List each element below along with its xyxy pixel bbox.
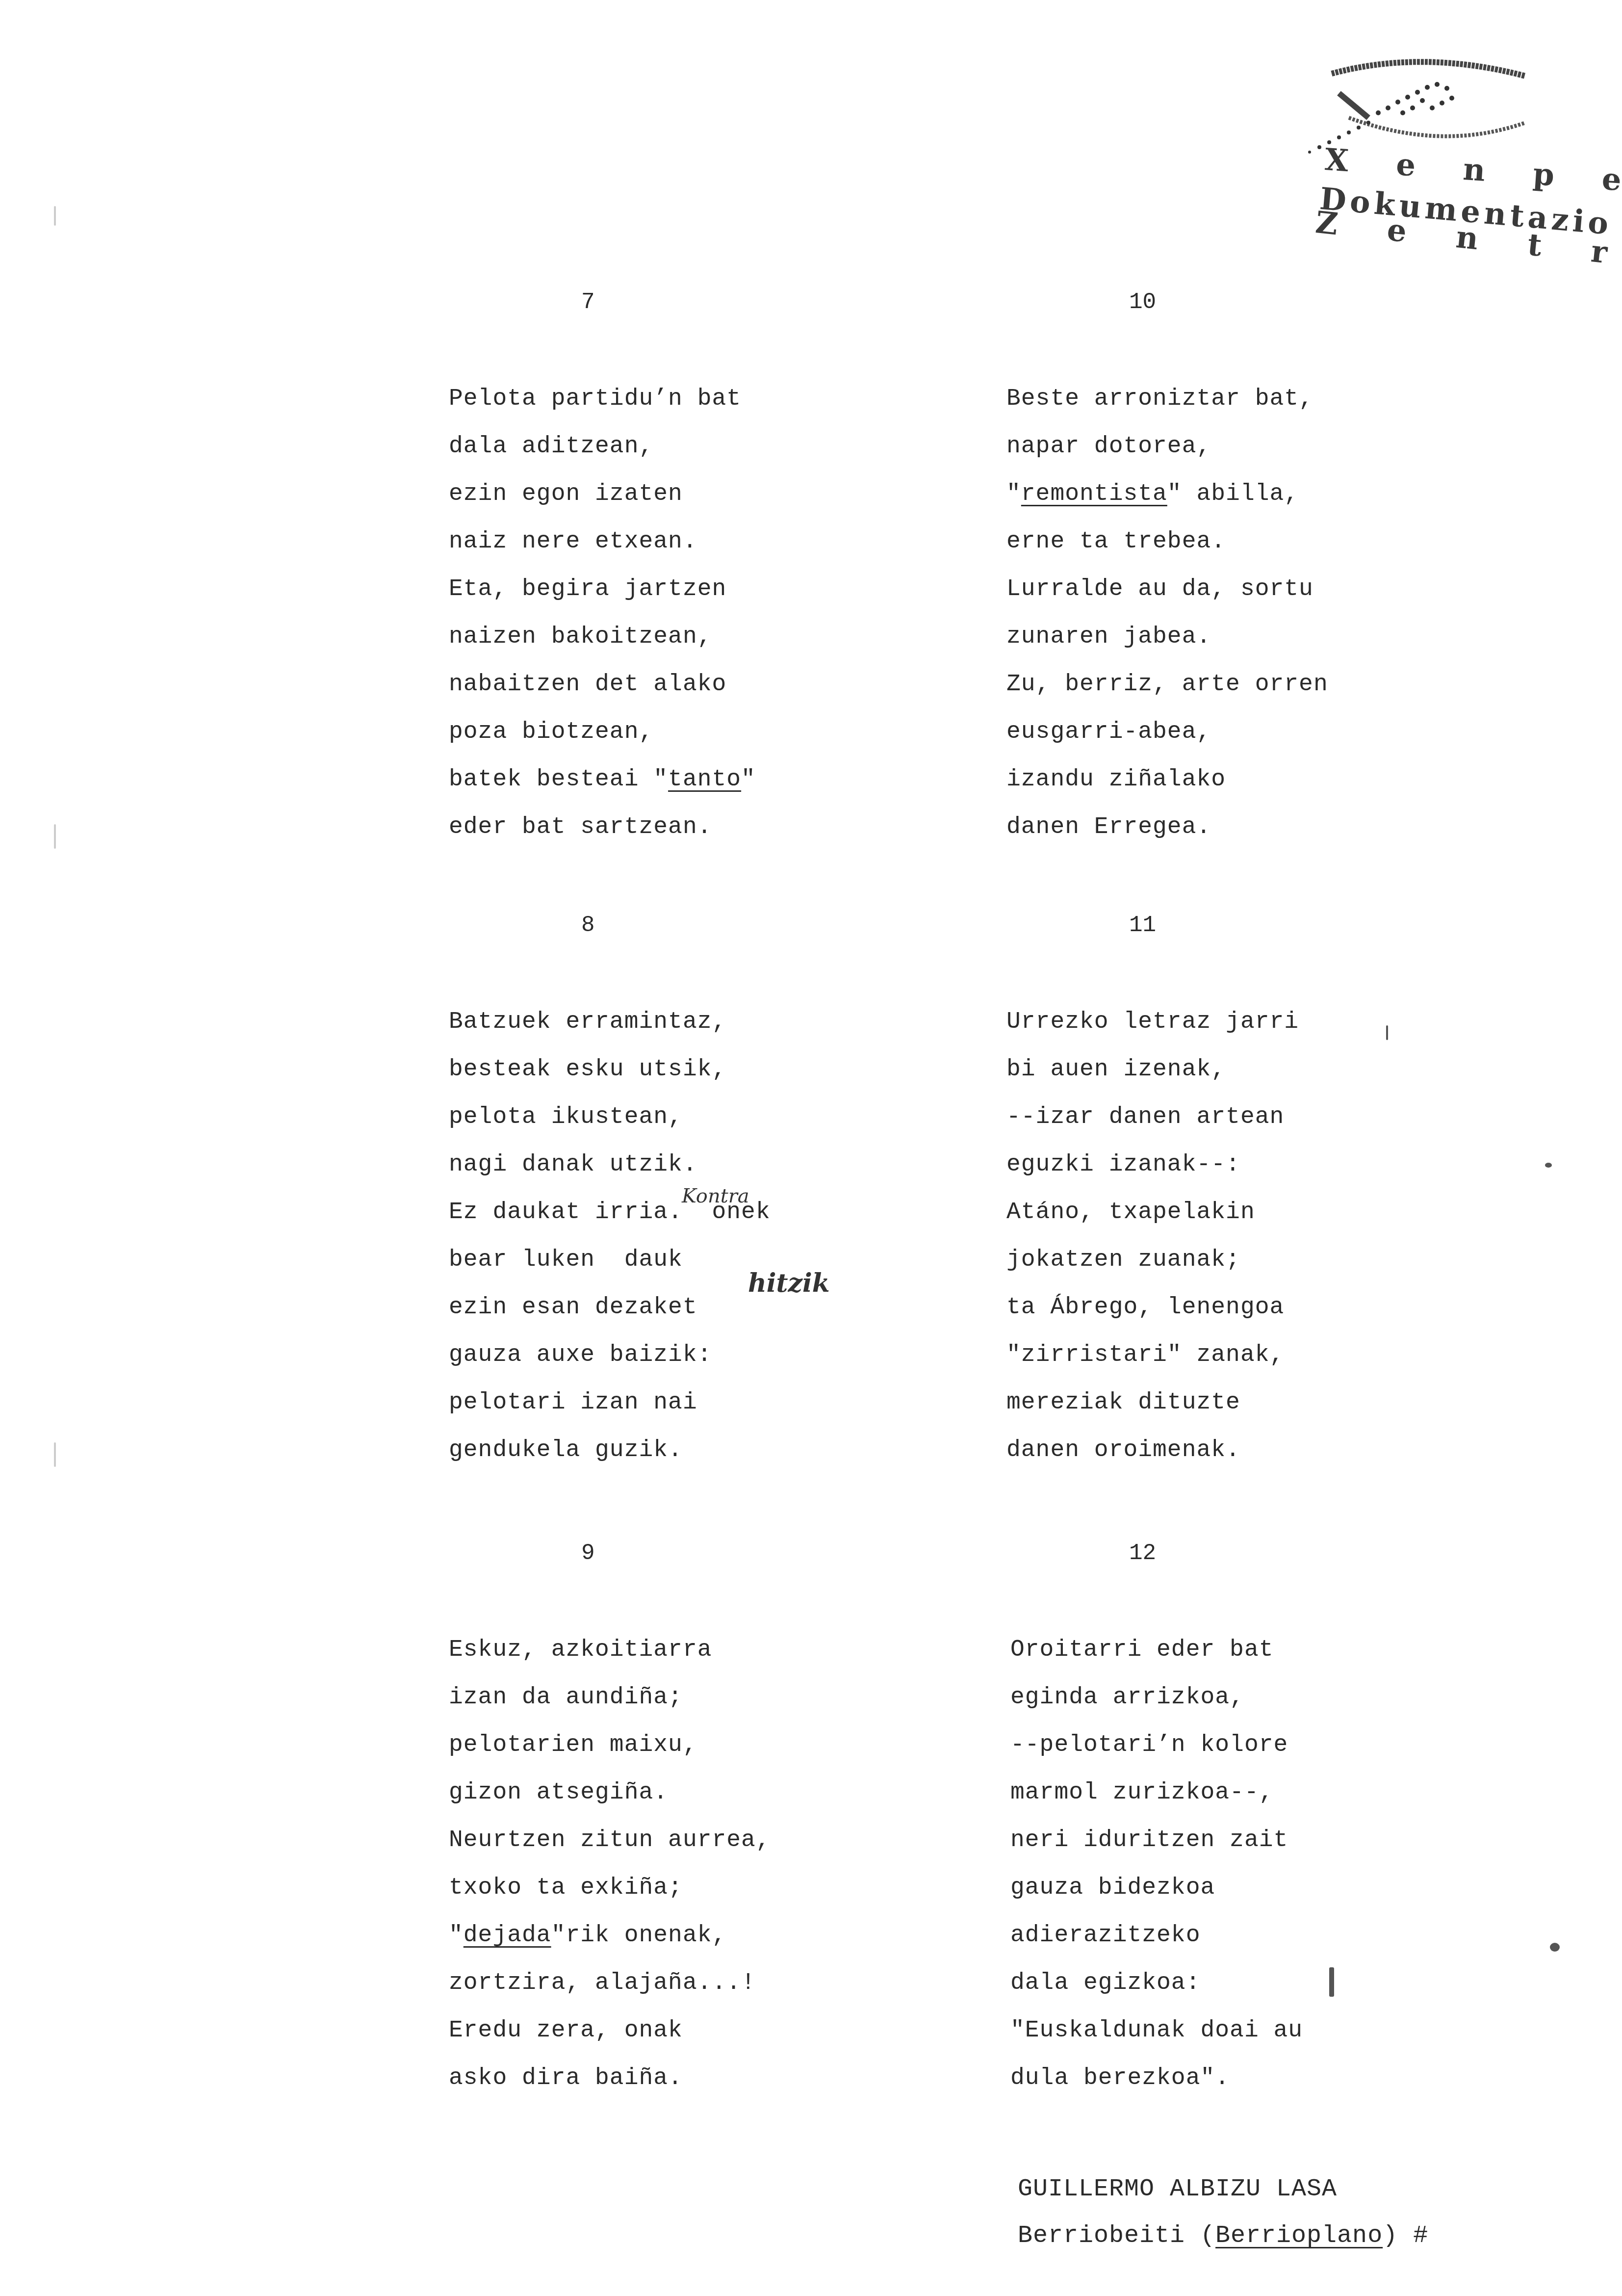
underlined-term: tanto — [668, 766, 741, 793]
archive-stamp: X e n p e l a r Dokumentazio Z e n t r o… — [1295, 39, 1579, 280]
stanza-lines: Beste arroniztar bat, napar dotorea, "re… — [1006, 375, 1328, 851]
verse-line: ezin esan dezaket — [449, 1284, 771, 1331]
verse-line: pelotarien maixu, — [449, 1722, 771, 1769]
verse-line: gauza auxe baizik: — [449, 1331, 771, 1379]
underlined-term: remontista — [1021, 481, 1167, 507]
verse-line: Lurralde au da, sortu — [1006, 566, 1328, 613]
verse-line: naiz nere etxean. — [449, 518, 756, 566]
verse-line: --pelotari’n kolore — [1010, 1722, 1303, 1769]
verse-line: zortzira, alajaña...! — [449, 1959, 771, 2007]
verse-line: Urrezko letraz jarri — [1006, 998, 1299, 1046]
verse-line: Eredu zera, onak — [449, 2007, 771, 2055]
verse-line: marmol zurizkoa--, — [1010, 1769, 1303, 1817]
verse-line: nagi danak utzik. — [449, 1141, 771, 1189]
verse-line: Neurtzen zitun aurrea, — [449, 1817, 771, 1864]
verse-line: eder bat sartzean. — [449, 804, 756, 851]
verse-line: izan da aundiña; — [449, 1674, 771, 1722]
author-name: GUILLERMO ALBIZU LASA — [1018, 2166, 1428, 2213]
verse-line: eguzki izanak--: — [1006, 1141, 1299, 1189]
place-alt-name: Berrioplano — [1215, 2222, 1383, 2250]
stanza-lines: Batzuek erramintaz, besteak esku utsik, … — [449, 998, 771, 1474]
ink-blot — [1329, 1967, 1334, 1997]
verse-line: jokatzen zuanak; — [1006, 1236, 1299, 1284]
handwritten-annotation: hitzik — [748, 1268, 830, 1298]
stanza-lines: Pelota partidu’n bat dala aditzean, ezin… — [449, 375, 756, 851]
verse-line: eginda arrizkoa, — [1010, 1674, 1303, 1722]
verse-line: bi auen izenak, — [1006, 1046, 1299, 1094]
verse-line: dala aditzean, — [449, 423, 756, 470]
stanza-number: 11 — [1129, 913, 1156, 938]
stanza-lines: Urrezko letraz jarri bi auen izenak, --i… — [1006, 998, 1299, 1474]
verse-line: besteak esku utsik, — [449, 1046, 771, 1094]
verse-line-underlined: "remontista" abilla, — [1006, 470, 1328, 518]
verse-line: Eta, begira jartzen — [449, 566, 756, 613]
verse-line: "Euskaldunak doai au — [1010, 2007, 1303, 2055]
verse-line: asko dira baiña. — [449, 2055, 771, 2102]
stanza-number: 10 — [1129, 289, 1156, 315]
verse-line: dula berezkoa". — [1010, 2055, 1303, 2102]
verse-line: gendukela guzik. — [449, 1427, 771, 1474]
place-name: Berriobeiti — [1018, 2222, 1185, 2250]
stanza-number: 8 — [581, 913, 595, 938]
verse-line: izandu ziñalako — [1006, 756, 1328, 804]
verse-line: ezin egon izaten — [449, 470, 756, 518]
stanza-number: 9 — [581, 1540, 595, 1566]
verse-line: Pelota partidu’n bat — [449, 375, 756, 423]
verse-line: Zu, berriz, arte orren — [1006, 661, 1328, 708]
verse-line: pelotari izan nai — [449, 1379, 771, 1427]
verse-line-underlined: "dejada"rik onenak, — [449, 1912, 771, 1959]
handwritten-annotation: Kontra — [682, 1185, 749, 1207]
verse-line: erne ta trebea. — [1006, 518, 1328, 566]
speck — [1550, 1943, 1560, 1952]
author-place: Berriobeiti (Berrioplano) # — [1018, 2213, 1428, 2259]
verse-line: dala egizkoa: — [1010, 1959, 1303, 2007]
verse-line: --izar danen artean — [1006, 1094, 1299, 1141]
verse-line: neri iduritzen zait — [1010, 1817, 1303, 1864]
end-mark: # — [1413, 2222, 1428, 2250]
verse-line: Oroitarri eder bat — [1010, 1626, 1303, 1674]
verse-line: adierazitzeko — [1010, 1912, 1303, 1959]
stanza-number: 12 — [1129, 1540, 1156, 1566]
verse-line: mereziak dituzte — [1006, 1379, 1299, 1427]
verse-line: zunaren jabea. — [1006, 613, 1328, 661]
verse-line: napar dotorea, — [1006, 423, 1328, 470]
verse-line: danen oroimenak. — [1006, 1427, 1299, 1474]
stanza-lines: Eskuz, azkoitiarra izan da aundiña; pelo… — [449, 1626, 771, 2102]
verse-line: Batzuek erramintaz, — [449, 998, 771, 1046]
verse-line: gizon atsegiña. — [449, 1769, 771, 1817]
verse-line: ta Ábrego, lenengoa — [1006, 1284, 1299, 1331]
signature-block: GUILLERMO ALBIZU LASA Berriobeiti (Berri… — [1018, 2166, 1428, 2259]
verse-line: gauza bidezkoa — [1010, 1864, 1303, 1912]
margin-mark — [1386, 1025, 1388, 1040]
verse-line: txoko ta exkiña; — [449, 1864, 771, 1912]
speck — [1545, 1163, 1552, 1168]
stanza-number: 7 — [581, 289, 595, 315]
verse-line: naizen bakoitzean, — [449, 613, 756, 661]
verse-line: Beste arroniztar bat, — [1006, 375, 1328, 423]
margin-mark — [54, 206, 56, 226]
margin-mark — [54, 1442, 56, 1467]
underlined-term: dejada — [463, 1922, 551, 1949]
verse-line: pelota ikustean, — [449, 1094, 771, 1141]
verse-line: bear luken dauk — [449, 1236, 771, 1284]
verse-line: Eskuz, azkoitiarra — [449, 1626, 771, 1674]
margin-mark — [54, 824, 56, 849]
verse-line: "zirristari" zanak, — [1006, 1331, 1299, 1379]
verse-line: nabaitzen det alako — [449, 661, 756, 708]
verse-line: danen Erregea. — [1006, 804, 1328, 851]
verse-line: poza biotzean, — [449, 708, 756, 756]
verse-line-underlined: batek besteai "tanto" — [449, 756, 756, 804]
verse-line: eusgarri-abea, — [1006, 708, 1328, 756]
stanza-lines: Oroitarri eder bat eginda arrizkoa, --pe… — [1010, 1626, 1303, 2102]
verse-line: Atáno, txapelakin — [1006, 1189, 1299, 1236]
